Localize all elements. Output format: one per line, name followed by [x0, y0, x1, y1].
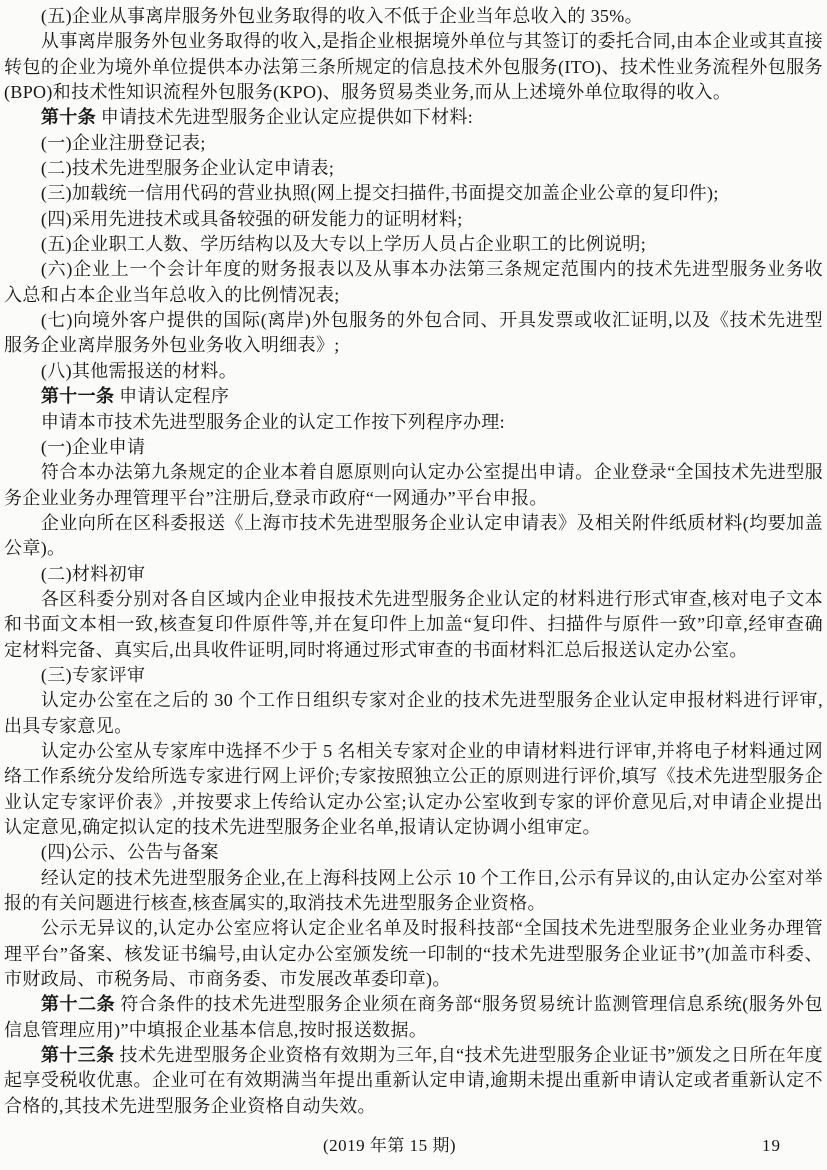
article-number: 第十条 [41, 107, 96, 127]
paragraph: (七)向境外客户提供的国际(离岸)外包服务的外包合同、开具发票或收汇证明,以及《… [4, 308, 823, 359]
paragraph: (六)企业上一个会计年度的财务报表以及从事本办法第三条规定范围内的技术先进型服务… [4, 257, 823, 308]
issue-label: (2019 年第 15 期) [323, 1133, 456, 1159]
article-number: 第十三条 [41, 1045, 115, 1065]
paragraph: (三)加载统一信用代码的营业执照(网上提交扫描件,书面提交加盖企业公章的复印件)… [4, 181, 823, 206]
article-number: 第十一条 [41, 386, 114, 406]
paragraph: (四)公示、公告与备案 [4, 840, 823, 865]
document-page: (五)企业从事离岸服务外包业务取得的收入不低于企业当年总收入的 35%。从事离岸… [0, 0, 827, 1170]
paragraph: 从事离岸服务外包业务取得的收入,是指企业根据境外单位与其签订的委托合同,由本企业… [4, 29, 823, 105]
paragraph: 公示无异议的,认定办公室应将认定企业名单及时报科技部“全国技术先进型服务企业业务… [4, 916, 823, 992]
paragraph: (一)企业注册登记表; [4, 131, 823, 156]
paragraph: 符合本办法第九条规定的企业本着自愿原则向认定办公室提出申请。企业登录“全国技术先… [4, 460, 823, 511]
paragraph: (二)技术先进型服务企业认定申请表; [4, 156, 823, 181]
page-footer: (2019 年第 15 期) 19 [0, 1133, 827, 1159]
paragraph: 认定办公室从专家库中选择不少于 5 名相关专家对企业的申请材料进行评审,并将电子… [4, 739, 823, 840]
article-number: 第十二条 [41, 994, 115, 1014]
page-number: 19 [762, 1133, 781, 1159]
paragraph: (八)其他需报送的材料。 [4, 359, 823, 384]
paragraph: (三)专家评审 [4, 663, 823, 688]
paragraph: (一)企业申请 [4, 435, 823, 460]
paragraph: 申请本市技术先进型服务企业的认定工作按下列程序办理: [4, 410, 823, 435]
article-paragraph: 第十二条 符合条件的技术先进型服务企业须在商务部“服务贸易统计监测管理信息系统(… [4, 992, 823, 1043]
document-body: (五)企业从事离岸服务外包业务取得的收入不低于企业当年总收入的 35%。从事离岸… [4, 4, 823, 1119]
paragraph: (五)企业从事离岸服务外包业务取得的收入不低于企业当年总收入的 35%。 [4, 4, 823, 29]
paragraph: 经认定的技术先进型服务企业,在上海科技网上公示 10 个工作日,公示有异议的,由… [4, 866, 823, 917]
paragraph: 企业向所在区科委报送《上海市技术先进型服务企业认定申请表》及相关附件纸质材料(均… [4, 511, 823, 562]
paragraph: 认定办公室在之后的 30 个工作日组织专家对企业的技术先进型服务企业认定申报材料… [4, 688, 823, 739]
article-paragraph: 第十条 申请技术先进型服务企业认定应提供如下材料: [4, 105, 823, 130]
article-paragraph: 第十三条 技术先进型服务企业资格有效期为三年,自“技术先进型服务企业证书”颁发之… [4, 1043, 823, 1119]
paragraph: (五)企业职工人数、学历结构以及大专以上学历人员占企业职工的比例说明; [4, 232, 823, 257]
article-paragraph: 第十一条 申请认定程序 [4, 384, 823, 409]
paragraph: 各区科委分别对各自区域内企业申报技术先进型服务企业认定的材料进行形式审查,核对电… [4, 587, 823, 663]
paragraph: (二)材料初审 [4, 562, 823, 587]
paragraph: (四)采用先进技术或具备较强的研发能力的证明材料; [4, 207, 823, 232]
